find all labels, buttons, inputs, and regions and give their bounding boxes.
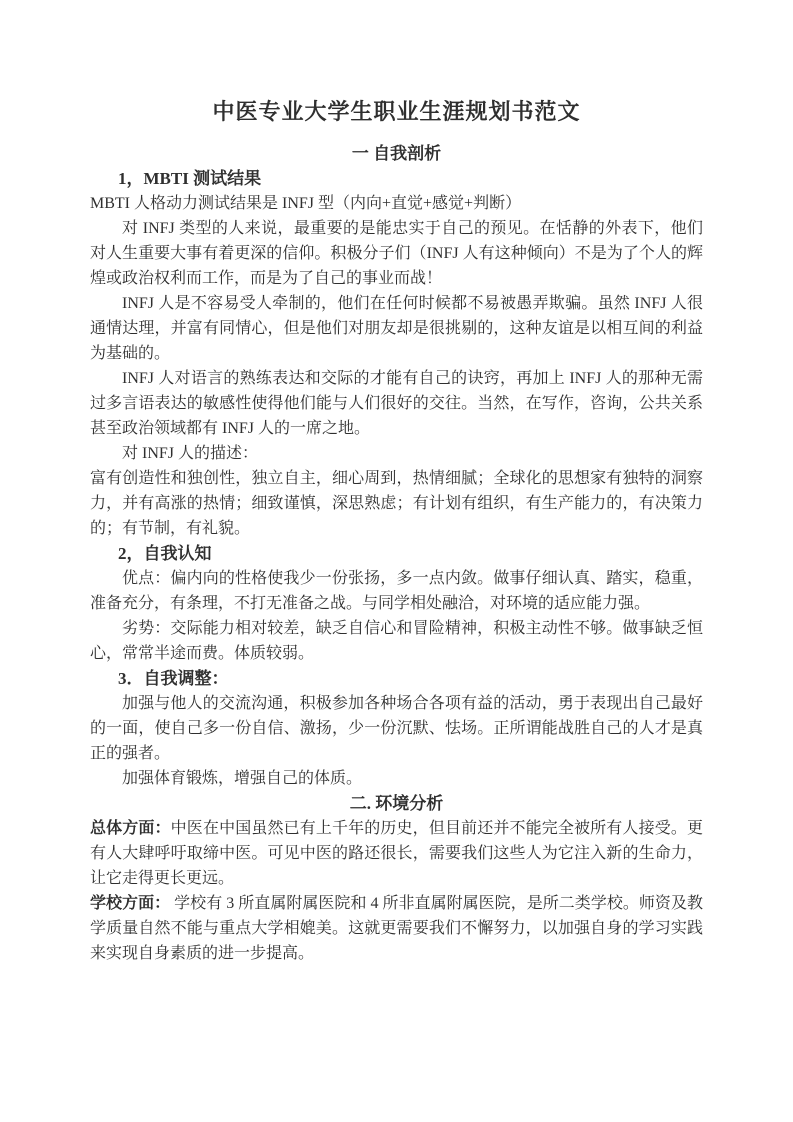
document-title: 中医专业大学生职业生涯规划书范文 [90, 97, 703, 127]
paragraph-mbti-result: MBTI 人格动力测试结果是 INFJ 型（内向+直觉+感觉+判断） [90, 191, 703, 216]
section-heading-environment-analysis: 二. 环境分析 [90, 791, 703, 816]
paragraph-overall-aspect-text: 中医在中国虽然已有上千年的历史，但目前还并不能完全被所有人接受。更有人大肆呼吁取… [90, 820, 703, 887]
paragraph-infj-overview: 对 INFJ 类型的人来说，最重要的是能忠实于自己的预见。在恬静的外表下，他们对… [90, 216, 703, 291]
paragraph-infj-communication: INFJ 人对语言的熟练表达和交际的才能有自己的诀窍，再加上 INFJ 人的那种… [90, 366, 703, 441]
paragraph-overall-aspect-lead: 总体方面： [90, 820, 171, 837]
paragraph-school-aspect-lead: 学校方面： [90, 895, 170, 912]
paragraph-adjustment-exercise: 加强体育锻炼，增强自己的体质。 [90, 766, 703, 791]
paragraph-school-aspect: 学校方面： 学校有 3 所直属附属医院和 4 所非直属附属医院，是所二类学校。师… [90, 891, 703, 966]
document-page: 中医专业大学生职业生涯规划书范文 一 自我剖析 1，MBTI 测试结果 MBTI… [0, 0, 793, 1122]
paragraph-weaknesses: 劣势：交际能力相对较差，缺乏自信心和冒险精神，积极主动性不够。做事缺乏恒心，常常… [90, 616, 703, 666]
paragraph-adjustment-communication: 加强与他人的交流沟通，积极参加各种场合各项有益的活动，勇于表现出自己最好的一面，… [90, 691, 703, 766]
subheading-self-adjustment: 3．自我调整： [90, 666, 703, 691]
subheading-mbti-test-result: 1，MBTI 测试结果 [90, 166, 703, 191]
paragraph-strengths: 优点：偏内向的性格使我少一份张扬，多一点内敛。做事仔细认真、踏实，稳重，准备充分… [90, 566, 703, 616]
section-heading-self-analysis: 一 自我剖析 [90, 141, 703, 166]
paragraph-infj-description: 富有创造性和独创性，独立自主，细心周到，热情细腻；全球化的思想家有独特的洞察力，… [90, 466, 703, 541]
subheading-self-cognition: 2，自我认知 [90, 541, 703, 566]
paragraph-school-aspect-text: 学校有 3 所直属附属医院和 4 所非直属附属医院，是所二类学校。师资及教学质量… [90, 895, 703, 962]
paragraph-overall-aspect: 总体方面：中医在中国虽然已有上千年的历史，但目前还并不能完全被所有人接受。更有人… [90, 816, 703, 891]
paragraph-infj-description-intro: 对 INFJ 人的描述： [90, 441, 703, 466]
paragraph-infj-traits: INFJ 人是不容易受人牵制的，他们在任何时候都不易被愚弄欺骗。虽然 INFJ … [90, 291, 703, 366]
